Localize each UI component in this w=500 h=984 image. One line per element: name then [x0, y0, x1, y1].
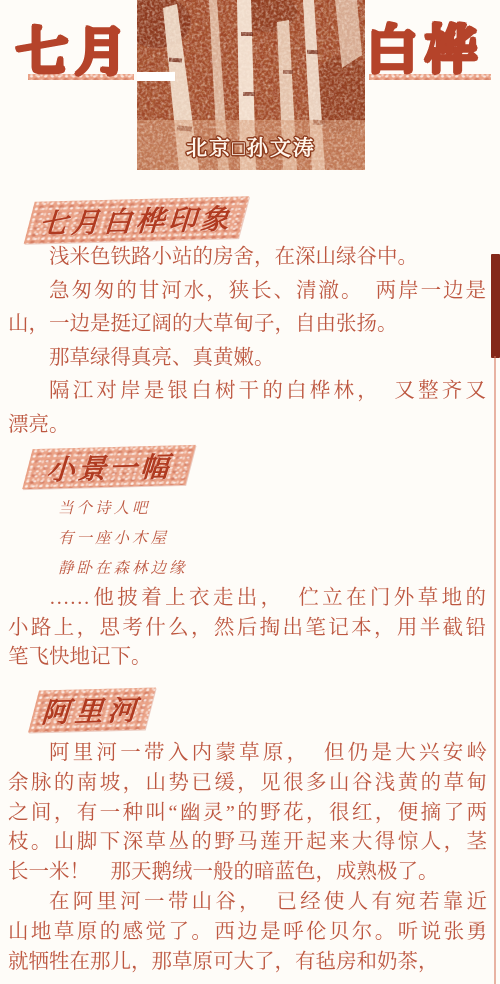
- poem-block: 当个诗人吧 有一座小木屋 静卧在森林边缘: [58, 494, 188, 584]
- poem-line: 静卧在森林边缘: [58, 554, 188, 584]
- paragraph-line: 漂亮。: [8, 409, 486, 443]
- page-title-right: 白桦: [366, 8, 484, 83]
- paragraph-line: 枝。山脚下深草丛的野马莲开起来大得惊人，茎: [8, 828, 487, 858]
- section-heading-text: 七月白桦印象: [39, 198, 235, 243]
- paragraph-line: 山，一边是挺辽阔的大草甸子，自由张扬。: [8, 308, 486, 342]
- paragraph-line: 就牺牲在那儿，那草原可大了，有毡房和奶茶，: [8, 948, 487, 978]
- paragraph-line: 浅米色铁路小站的房舍，在深山绿谷中。: [8, 241, 486, 275]
- birch-forest-photo: 北京□孙文涛: [137, 0, 365, 170]
- section-heading-ali-river: 阿里河: [28, 687, 156, 732]
- section-heading-july-birch-impression: 七月白桦印象: [24, 196, 249, 244]
- paragraph-line: 长一米！ 那天鹅绒一般的暗蓝色，成熟极了。: [8, 858, 487, 888]
- paragraph-line: 之间，有一种叫“幽灵”的野花，很红，便摘了两: [8, 799, 487, 829]
- byline: 北京□孙文涛: [137, 132, 365, 162]
- poem-line: 当个诗人吧: [58, 494, 188, 524]
- paragraph-line: 小路上，思考什么，然后掏出笔记本，用半截铅: [8, 614, 486, 644]
- poem-line: 有一座小木屋: [58, 524, 188, 554]
- section-heading-small-scene: 小景一幅: [22, 445, 196, 489]
- paragraph-line: 在阿里河一带山谷， 已经使人有宛若靠近: [8, 888, 487, 918]
- paragraph-line: 笔飞快地记下。: [8, 643, 486, 673]
- paragraph-line: 隔江对岸是银白树干的白桦林， 又整齐又: [8, 375, 486, 409]
- magazine-page: 七月 白桦: [0, 0, 500, 984]
- page-edge-line: [494, 356, 496, 984]
- paragraph-line: 阿里河一带入内蒙草原， 但仍是大兴安岭: [8, 739, 487, 769]
- paragraph-line: 余脉的南坡，山势已缓，见很多山谷浅黄的草甸: [8, 769, 487, 799]
- section-body-small-scene: ……他披着上衣走出， 伫立在门外草地的 小路上，思考什么，然后掏出笔记本，用半截…: [8, 584, 486, 673]
- page-edge-red-bar: [491, 254, 500, 358]
- section-body-july-birch-impression: 浅米色铁路小站的房舍，在深山绿谷中。 急匆匆的甘河水，狭长、清澈。 两岸一边是 …: [8, 241, 486, 442]
- section-heading-text: 阿里河: [41, 689, 143, 731]
- paragraph-line: 急匆匆的甘河水，狭长、清澈。 两岸一边是: [8, 275, 486, 309]
- page-title-left: 七月: [16, 10, 134, 85]
- paragraph-line: 山地草原的感觉了。西边是呼伦贝尔。听说张勇: [8, 918, 487, 948]
- section-body-ali-river: 阿里河一带入内蒙草原， 但仍是大兴安岭 余脉的南坡，山势已缓，见很多山谷浅黄的草…: [8, 739, 487, 977]
- section-heading-text: 小景一幅: [45, 445, 172, 488]
- paragraph-line: 那草绿得真亮、真黄嫩。: [8, 342, 486, 376]
- paragraph-line: ……他披着上衣走出， 伫立在门外草地的: [8, 584, 486, 614]
